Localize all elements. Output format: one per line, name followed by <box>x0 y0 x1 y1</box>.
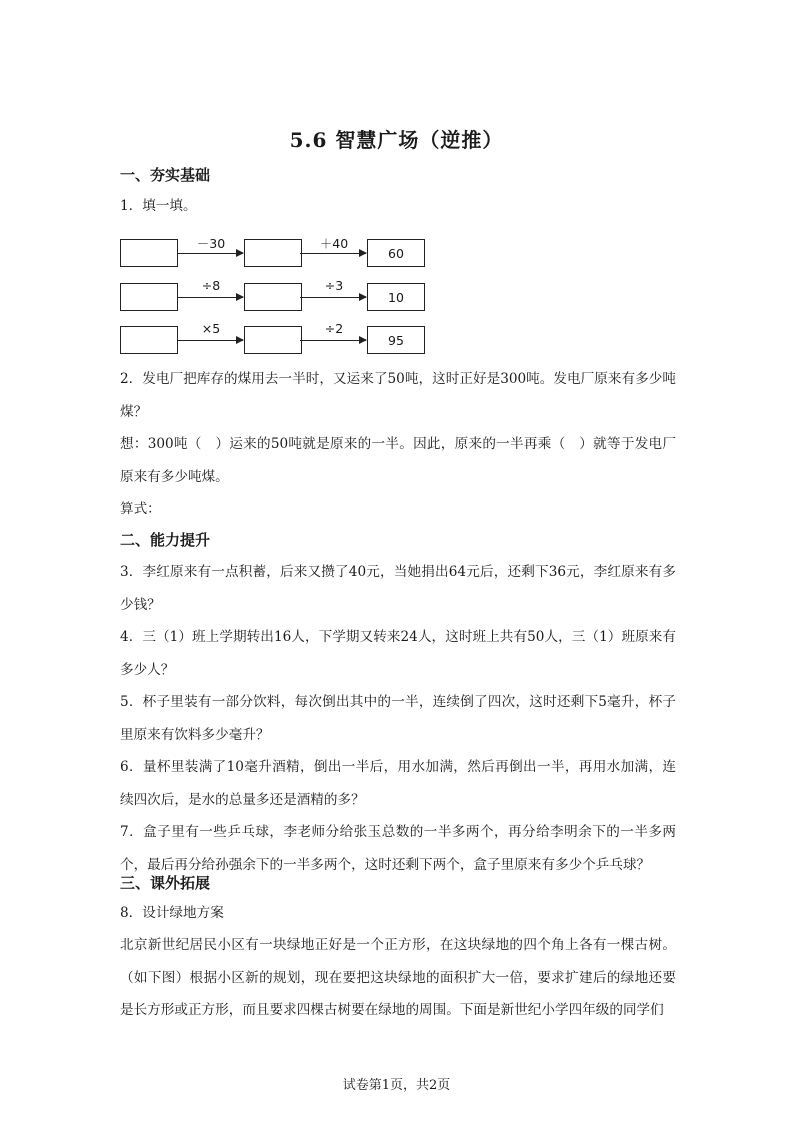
q1-row1-result-box: 60 <box>367 239 425 267</box>
q1-row1-op1: －30 <box>178 234 244 252</box>
question-3-text: 3．李红原来有一点积蓄，后来又攒了40元，当她捐出64元后，还剩下36元，李红原… <box>120 556 676 621</box>
question-1-label: 1．填一填。 <box>120 190 676 223</box>
q1-row1-op2: ＋40 <box>301 234 367 252</box>
arrow-right-icon <box>300 297 366 298</box>
question-4-text: 4．三（1）班上学期转出16人，下学期又转来24人，这时班上共有50人，三（1）… <box>120 621 676 686</box>
arrow-right-icon <box>178 340 243 341</box>
section-heading-extension: 三、课外拓展 <box>120 872 210 893</box>
question-2-formula-label: 算式： <box>120 493 676 526</box>
q1-row3-op1: ×5 <box>178 321 244 336</box>
arrow-right-icon <box>178 297 243 298</box>
section-heading-basics: 一、夯实基础 <box>120 164 210 185</box>
q1-row3-op2: ÷2 <box>301 321 367 336</box>
section-heading-ability: 二、能力提升 <box>120 529 210 550</box>
q1-row2-op2: ÷3 <box>301 278 367 293</box>
q1-row1-middle-box[interactable] <box>244 239 302 267</box>
page-footer: 试卷第1页，共2页 <box>0 1074 793 1093</box>
q1-row2-middle-box[interactable] <box>244 283 302 311</box>
question-5-text: 5．杯子里装有一部分饮料，每次倒出其中的一半，连续倒了四次，这时还剩下5毫升，杯… <box>120 686 676 751</box>
question-6-text: 6．量杯里装满了10毫升酒精，倒出一半后，用水加满，然后再倒出一半，再用水加满，… <box>120 751 676 816</box>
arrow-right-icon <box>300 340 366 341</box>
question-8-label: 8．设计绿地方案 <box>120 897 676 930</box>
q1-row2-result-box: 10 <box>367 283 425 311</box>
q1-row2-op1: ÷8 <box>178 278 244 293</box>
question-8-text: 北京新世纪居民小区有一块绿地正好是一个正方形，在这块绿地的四个角上各有一棵古树。… <box>120 929 676 1027</box>
q1-row1-start-box[interactable] <box>120 239 178 267</box>
question-2-text: 2．发电厂把库存的煤用去一半时，又运来了50吨，这时正好是300吨。发电厂原来有… <box>120 363 676 428</box>
question-2-hint: 想：300吨（ ）运来的50吨就是原来的一半。因此，原来的一半再乘（ ）就等于发… <box>120 428 676 493</box>
q1-row3-middle-box[interactable] <box>244 326 302 354</box>
page-title: 5.6 智慧广场（逆推） <box>0 124 793 153</box>
q1-row2-start-box[interactable] <box>120 283 178 311</box>
q1-row3-start-box[interactable] <box>120 326 178 354</box>
arrow-right-icon <box>178 253 243 254</box>
q1-row3-result-box: 95 <box>367 326 425 354</box>
arrow-right-icon <box>300 253 366 254</box>
